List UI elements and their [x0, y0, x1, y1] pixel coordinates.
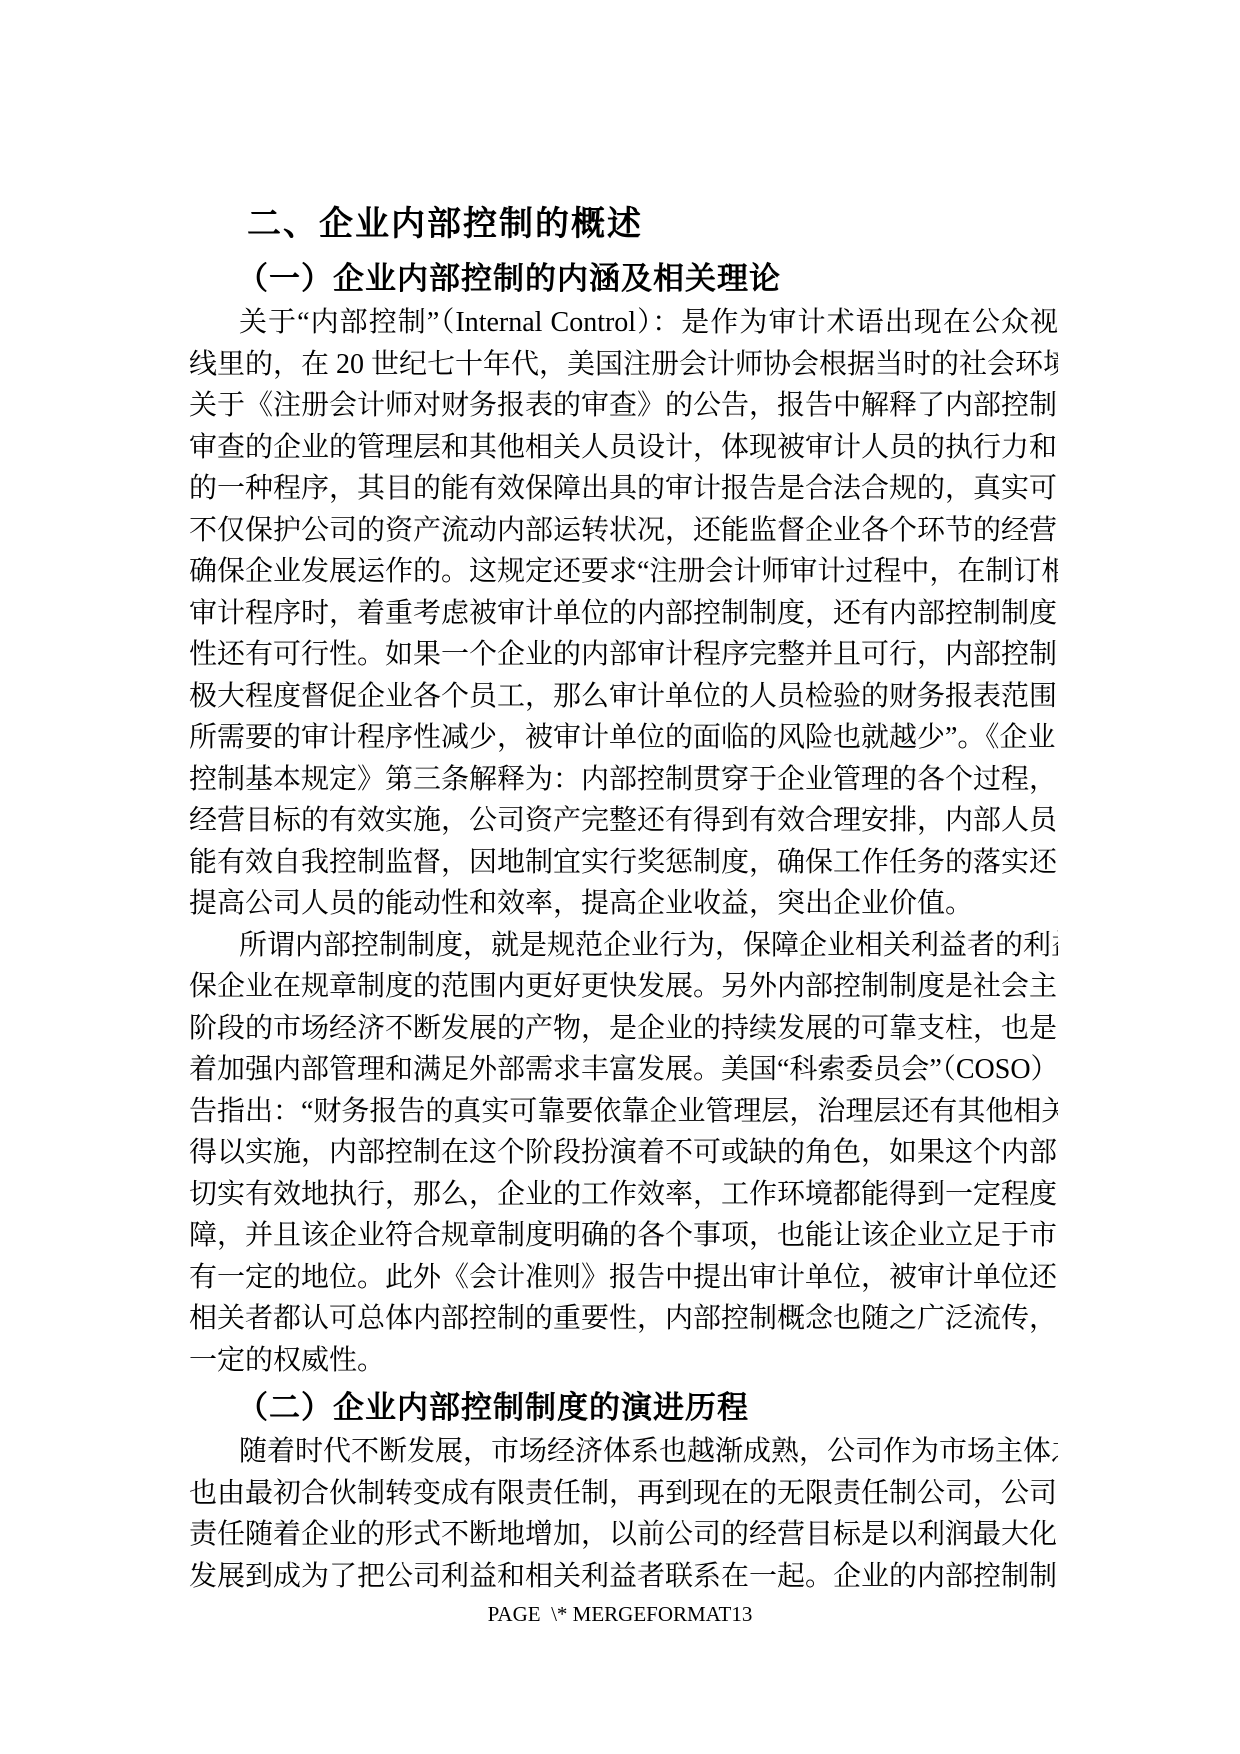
text-line: 关于《注册会计师对财务报表的审查》的公告，报告中解释了内部控制是由被 [189, 385, 1058, 427]
paragraph: 随着时代不断发展，市场经济体系也越渐成熟，公司作为市场主体之一，也由最初合伙制转… [189, 1431, 1058, 1597]
main-heading: 二、企业内部控制的概述 [189, 200, 1058, 248]
text-line: 关于“内部控制”（Internal Control）：是作为审计术语出现在公众视 [189, 302, 1058, 344]
text-line: 保企业在规章制度的范围内更好更快发展。另外内部控制制度是社会主义初级 [189, 966, 1058, 1008]
document-page: 二、企业内部控制的概述 （一）企业内部控制的内涵及相关理论 关于“内部控制”（I… [0, 0, 1240, 1754]
text-line: 不仅保护公司的资产流动内部运转状况，还能监督企业各个环节的经营活动， [189, 510, 1058, 552]
text-line: 障，并且该企业符合规章制度明确的各个事项，也能让该企业立足于市场，拥 [189, 1215, 1058, 1257]
section-2-body: 随着时代不断发展，市场经济体系也越渐成熟，公司作为市场主体之一，也由最初合伙制转… [189, 1431, 1058, 1597]
text-line: 切实有效地执行，那么，企业的工作效率，工作环境都能得到一定程度上的保 [189, 1174, 1058, 1216]
paragraph: 关于“内部控制”（Internal Control）：是作为审计术语出现在公众视… [189, 302, 1058, 925]
text-line: 得以实施，内部控制在这个阶段扮演着不可或缺的角色，如果这个内部控制能 [189, 1132, 1058, 1174]
text-line: 性还有可行性。如果一个企业的内部审计程序完整并且可行，内部控制制度能 [189, 634, 1058, 676]
text-line: 能有效自我控制监督，因地制宜实行奖惩制度，确保工作任务的落实还有贯彻 [189, 842, 1058, 884]
text-line: 确保企业发展运作的。这规定还要求“注册会计师审计过程中，在制订相应的 [189, 551, 1058, 593]
text-line: 线里的，在 20 世纪七十年代，美国注册会计师协会根据当时的社会环境而发布 [189, 344, 1058, 386]
text-line: 所需要的审计程序性减少，被审计单位的面临的风险也就越少”。《企业内部 [189, 717, 1058, 759]
text-line: 极大程度督促企业各个员工，那么审计单位的人员检验的财务报表范围越小， [189, 676, 1058, 718]
text-line: 所谓内部控制制度，就是规范企业行为，保障企业相关利益者的利益，确 [189, 925, 1058, 967]
text-line: 有一定的地位。此外《会计准则》报告中提出审计单位，被审计单位还有利益 [189, 1257, 1058, 1299]
text-line: 发展到成为了把公司利益和相关利益者联系在一起。企业的内部控制制度伴随 [189, 1556, 1058, 1598]
text-line: 的一种程序，其目的能有效保障出具的审计报告是合法合规的，真实可靠的， [189, 468, 1058, 510]
paragraph: 所谓内部控制制度，就是规范企业行为，保障企业相关利益者的利益，确保企业在规章制度… [189, 925, 1058, 1382]
text-line: 审计程序时，着重考虑被审计单位的内部控制制度，还有内部控制制度的有效 [189, 593, 1058, 635]
text-line: 随着时代不断发展，市场经济体系也越渐成熟，公司作为市场主体之一， [189, 1431, 1058, 1473]
text-line: 经营目标的有效实施，公司资产完整还有得到有效合理安排，内部人员的工作 [189, 800, 1058, 842]
text-line: 责任随着企业的形式不断地增加，以前公司的经营目标是以利润最大化现在也 [189, 1514, 1058, 1556]
text-line: 控制基本规定》第三条解释为：内部控制贯穿于企业管理的各个过程，以保证 [189, 759, 1058, 801]
text-line: 一定的权威性。 [189, 1340, 1058, 1382]
text-line: 提高公司人员的能动性和效率，提高企业收益，突出企业价值。 [189, 883, 1058, 925]
text-line: 相关者都认可总体内部控制的重要性，内部控制概念也随之广泛流传，并具有 [189, 1298, 1058, 1340]
section-1-body: 关于“内部控制”（Internal Control）：是作为审计术语出现在公众视… [189, 302, 1058, 1381]
text-line: 着加强内部管理和满足外部需求丰富发展。美国“科索委员会”（COSO）报 [189, 1049, 1058, 1091]
text-line: 告指出：“财务报告的真实可靠要依靠企业管理层，治理层还有其他相关人员 [189, 1091, 1058, 1133]
text-line: 阶段的市场经济不断发展的产物，是企业的持续发展的可靠支柱，也是一直随 [189, 1008, 1058, 1050]
document-content: 二、企业内部控制的概述 （一）企业内部控制的内涵及相关理论 关于“内部控制”（I… [189, 200, 1058, 1597]
text-line: 也由最初合伙制转变成有限责任制，再到现在的无限责任制公司，公司承担的 [189, 1473, 1058, 1515]
section-heading-1: （一）企业内部控制的内涵及相关理论 [189, 256, 1058, 302]
page-number-footer: PAGE \* MERGEFORMAT13 [0, 1600, 1240, 1628]
section-heading-2: （二）企业内部控制制度的演进历程 [189, 1385, 1058, 1431]
text-line: 审查的企业的管理层和其他相关人员设计，体现被审计人员的执行力和能动性 [189, 427, 1058, 469]
